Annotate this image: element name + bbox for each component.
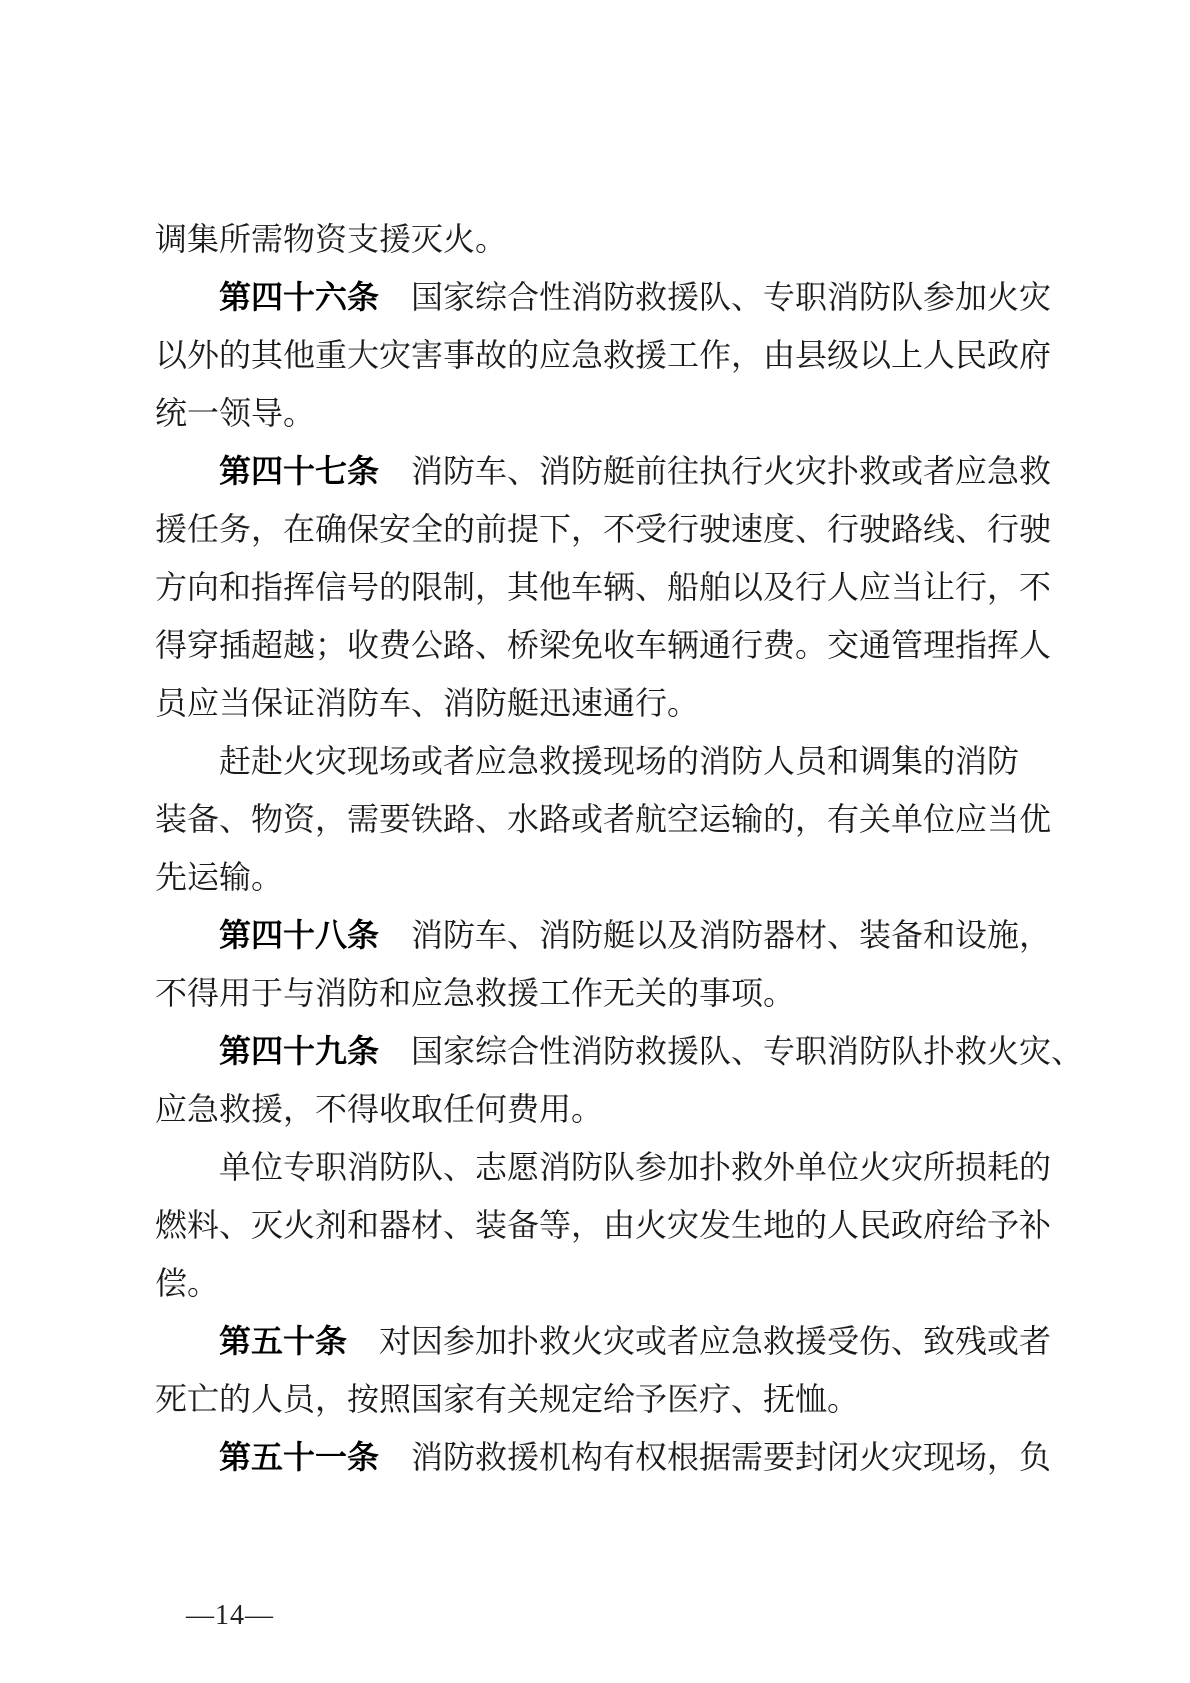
line-text: 方向和指挥信号的限制，其他车辆、船舶以及行人应当让行，不 — [155, 569, 1051, 605]
text-line: 赶赴火灾现场或者应急救援现场的消防人员和调集的消防 — [155, 732, 1055, 790]
article-number: 第四十六条 — [155, 279, 379, 315]
article-number: 第四十八条 — [155, 917, 379, 953]
text-line: 援任务，在确保安全的前提下，不受行驶速度、行驶路线、行驶 — [155, 500, 1055, 558]
text-line: 第四十七条 消防车、消防艇前往执行火灾扑救或者应急救 — [155, 442, 1055, 500]
text-line: 第五十一条 消防救援机构有权根据需要封闭火灾现场，负 — [155, 1428, 1055, 1486]
text-line: 不得用于与消防和应急救援工作无关的事项。 — [155, 964, 1055, 1022]
line-text: 国家综合性消防救援队、专职消防队参加火灾 — [379, 279, 1051, 315]
text-line: 统一领导。 — [155, 384, 1055, 442]
text-line: 单位专职消防队、志愿消防队参加扑救外单位火灾所损耗的 — [155, 1138, 1055, 1196]
line-text: 装备、物资，需要铁路、水路或者航空运输的，有关单位应当优 — [155, 801, 1051, 837]
text-line: 以外的其他重大灾害事故的应急救援工作，由县级以上人民政府 — [155, 326, 1055, 384]
line-text: 消防车、消防艇前往执行火灾扑救或者应急救 — [379, 453, 1051, 489]
line-text: 单位专职消防队、志愿消防队参加扑救外单位火灾所损耗的 — [155, 1149, 1051, 1185]
text-line: 死亡的人员，按照国家有关规定给予医疗、抚恤。 — [155, 1370, 1055, 1428]
line-text: 员应当保证消防车、消防艇迅速通行。 — [155, 685, 699, 721]
article-number: 第五十条 — [155, 1323, 347, 1359]
text-line: 装备、物资，需要铁路、水路或者航空运输的，有关单位应当优 — [155, 790, 1055, 848]
line-text: 赶赴火灾现场或者应急救援现场的消防人员和调集的消防 — [155, 743, 1019, 779]
text-line: 第五十条 对因参加扑救火灾或者应急救援受伤、致残或者 — [155, 1312, 1055, 1370]
page-number: —14— — [186, 1596, 274, 1636]
line-text: 消防车、消防艇以及消防器材、装备和设施， — [379, 917, 1051, 953]
text-line: 燃料、灭火剂和器材、装备等，由火灾发生地的人民政府给予补 — [155, 1196, 1055, 1254]
text-line: 应急救援，不得收取任何费用。 — [155, 1080, 1055, 1138]
text-line: 得穿插超越；收费公路、桥梁免收车辆通行费。交通管理指挥人 — [155, 616, 1055, 674]
text-line: 员应当保证消防车、消防艇迅速通行。 — [155, 674, 1055, 732]
text-line: 第四十九条 国家综合性消防救援队、专职消防队扑救火灾、 — [155, 1022, 1055, 1080]
text-line: 第四十六条 国家综合性消防救援队、专职消防队参加火灾 — [155, 268, 1055, 326]
article-number: 第四十九条 — [155, 1033, 379, 1069]
text-line: 偿。 — [155, 1254, 1055, 1312]
line-text: 调集所需物资支援灭火。 — [155, 221, 507, 257]
text-line: 第四十八条 消防车、消防艇以及消防器材、装备和设施， — [155, 906, 1055, 964]
article-number: 第五十一条 — [155, 1439, 379, 1475]
text-line: 调集所需物资支援灭火。 — [155, 210, 1055, 268]
line-text: 不得用于与消防和应急救援工作无关的事项。 — [155, 975, 795, 1011]
line-text: 偿。 — [155, 1265, 219, 1301]
line-text: 援任务，在确保安全的前提下，不受行驶速度、行驶路线、行驶 — [155, 511, 1051, 547]
text-block: 调集所需物资支援灭火。 第四十六条 国家综合性消防救援队、专职消防队参加火灾 以… — [155, 210, 1055, 1486]
line-text: 消防救援机构有权根据需要封闭火灾现场，负 — [379, 1439, 1051, 1475]
article-number: 第四十七条 — [155, 453, 379, 489]
document-page: 调集所需物资支援灭火。 第四十六条 国家综合性消防救援队、专职消防队参加火灾 以… — [0, 0, 1190, 1683]
text-line: 先运输。 — [155, 848, 1055, 906]
line-text: 先运输。 — [155, 859, 283, 895]
line-text: 燃料、灭火剂和器材、装备等，由火灾发生地的人民政府给予补 — [155, 1207, 1051, 1243]
line-text: 以外的其他重大灾害事故的应急救援工作，由县级以上人民政府 — [155, 337, 1051, 373]
line-text: 应急救援，不得收取任何费用。 — [155, 1091, 603, 1127]
line-text: 统一领导。 — [155, 395, 315, 431]
line-text: 得穿插超越；收费公路、桥梁免收车辆通行费。交通管理指挥人 — [155, 627, 1051, 663]
text-line: 方向和指挥信号的限制，其他车辆、船舶以及行人应当让行，不 — [155, 558, 1055, 616]
line-text: 国家综合性消防救援队、专职消防队扑救火灾、 — [379, 1033, 1083, 1069]
line-text: 对因参加扑救火灾或者应急救援受伤、致残或者 — [347, 1323, 1051, 1359]
line-text: 死亡的人员，按照国家有关规定给予医疗、抚恤。 — [155, 1381, 859, 1417]
